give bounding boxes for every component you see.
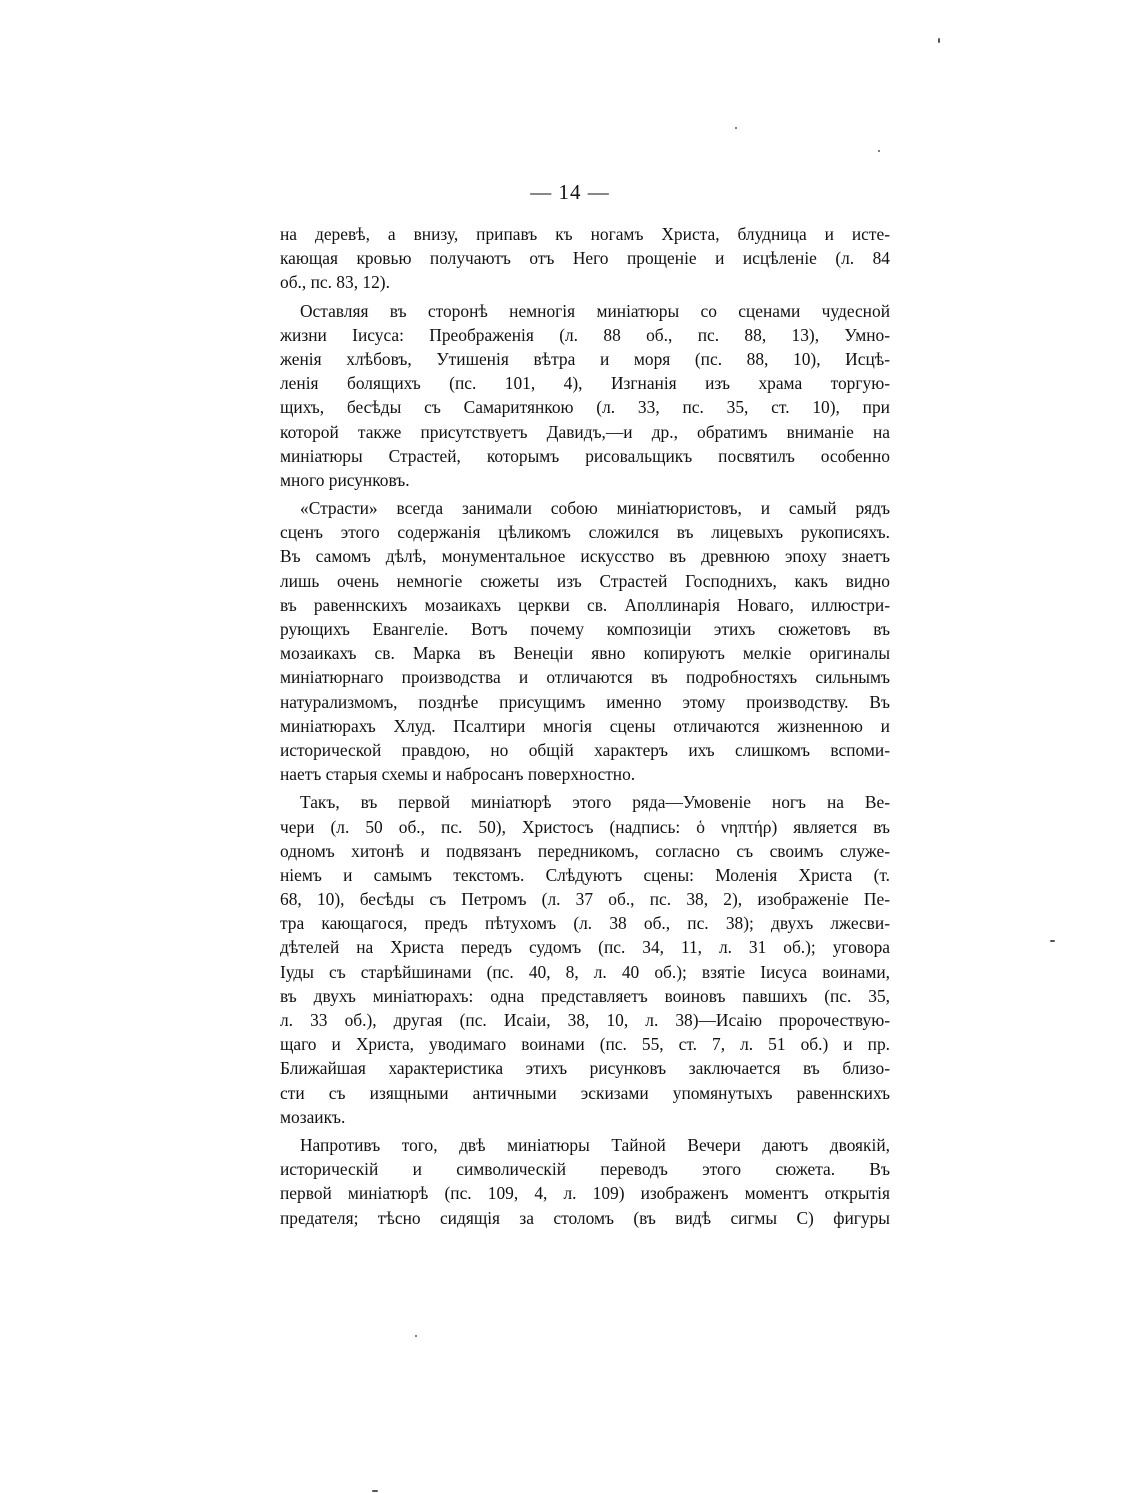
text-line: щихъ, бесѣды съ Самаритянкою (л. 33, пс.… xyxy=(280,395,890,419)
document-page: — 14 — на деревѣ, а внизу, припавъ къ но… xyxy=(0,0,1140,1493)
text-line: сти съ изящными античными эскизами упомя… xyxy=(280,1081,890,1105)
paragraph-1: на деревѣ, а внизу, припавъ къ ногамъ Хр… xyxy=(280,222,890,295)
text-line: мозаикахъ св. Марка въ Венеціи явно копи… xyxy=(280,641,890,665)
text-line: лишь очень немногіе сюжеты изъ Страстей … xyxy=(280,569,890,593)
text-line: ніемъ и самымъ текстомъ. Слѣдуютъ сцены:… xyxy=(280,863,890,887)
text-line: въ двухъ миніатюрахъ: одна представляетъ… xyxy=(280,984,890,1008)
text-line: первой миніатюрѣ (пс. 109, 4, л. 109) из… xyxy=(280,1181,890,1205)
text-line: ленія болящихъ (пс. 101, 4), Изгнанія из… xyxy=(280,371,890,395)
text-line: Въ самомъ дѣлѣ, монументальное искусство… xyxy=(280,544,890,568)
text-line: рующихъ Евангеліе. Вотъ почему композиці… xyxy=(280,617,890,641)
text-line: женія хлѣбовъ, Утишенія вѣтра и моря (пс… xyxy=(280,347,890,371)
scan-speck xyxy=(372,1490,378,1492)
paragraph-5: Напротивъ того, двѣ миніатюры Тайной Веч… xyxy=(280,1133,890,1230)
text-line: Такъ, въ первой миніатюрѣ этого ряда—Умо… xyxy=(280,790,890,814)
text-line: на деревѣ, а внизу, припавъ къ ногамъ Хр… xyxy=(280,222,890,246)
text-line: об., пс. 83, 12). xyxy=(280,270,890,294)
text-line: предателя; тѣсно сидящія за столомъ (въ … xyxy=(280,1206,890,1230)
text-line: миніатюры Страстей, которымъ рисовальщик… xyxy=(280,444,890,468)
scan-speck xyxy=(735,127,737,129)
text-line: л. 33 об.), другая (пс. Исаіи, 38, 10, л… xyxy=(280,1008,890,1032)
page-number: — 14 — xyxy=(0,180,1140,205)
scan-speck xyxy=(938,38,940,43)
text-line: щаго и Христа, уводимаго воинами (пс. 55… xyxy=(280,1032,890,1056)
text-line: миніатюрахъ Хлуд. Псалтири многія сцены … xyxy=(280,714,890,738)
text-line: Оставляя въ сторонѣ немногія миніатюры с… xyxy=(280,299,890,323)
scan-speck xyxy=(1050,940,1055,942)
text-line: натурализмомъ, позднѣе присущимъ именно … xyxy=(280,690,890,714)
text-line: миніатюрнаго производства и отличаются в… xyxy=(280,665,890,689)
text-line: въ равеннскихъ мозаикахъ церкви св. Апол… xyxy=(280,593,890,617)
text-line: чери (л. 50 об., пс. 50), Христосъ (надп… xyxy=(280,815,890,839)
text-line: много рисунковъ. xyxy=(280,468,890,492)
text-line: исторической правдою, но общій характеръ… xyxy=(280,738,890,762)
text-line: тра кающагося, предъ пѣтухомъ (л. 38 об.… xyxy=(280,911,890,935)
text-line: Напротивъ того, двѣ миніатюры Тайной Веч… xyxy=(280,1133,890,1157)
scan-speck xyxy=(878,150,880,152)
text-line: мозаикъ. xyxy=(280,1105,890,1129)
text-line: Ближайшая характеристика этихъ рисунковъ… xyxy=(280,1056,890,1080)
text-line: одномъ хитонѣ и подвязанъ передникомъ, с… xyxy=(280,839,890,863)
text-line: наетъ старыя схемы и набросанъ поверхнос… xyxy=(280,762,890,786)
paragraph-4: Такъ, въ первой миніатюрѣ этого ряда—Умо… xyxy=(280,790,890,1129)
text-line: «Страсти» всегда занимали собою миніатюр… xyxy=(280,496,890,520)
paragraph-2: Оставляя въ сторонѣ немногія миніатюры с… xyxy=(280,299,890,493)
text-line: 68, 10), бесѣды съ Петромъ (л. 37 об., п… xyxy=(280,887,890,911)
text-line: сценъ этого содержанія цѣликомъ сложился… xyxy=(280,520,890,544)
text-line: жизни Іисуса: Преображенія (л. 88 об., п… xyxy=(280,323,890,347)
paragraph-3: «Страсти» всегда занимали собою миніатюр… xyxy=(280,496,890,786)
text-line: дѣтелей на Христа передъ судомъ (пс. 34,… xyxy=(280,935,890,959)
scan-speck xyxy=(415,1335,417,1337)
body-text: на деревѣ, а внизу, припавъ къ ногамъ Хр… xyxy=(280,222,890,1230)
text-line: которой также присутствуетъ Давидъ,—и др… xyxy=(280,420,890,444)
text-line: Іуды съ старѣйшинами (пс. 40, 8, л. 40 о… xyxy=(280,960,890,984)
text-line: историческій и символическій переводъ эт… xyxy=(280,1157,890,1181)
text-line: кающая кровью получаютъ отъ Него прощені… xyxy=(280,246,890,270)
